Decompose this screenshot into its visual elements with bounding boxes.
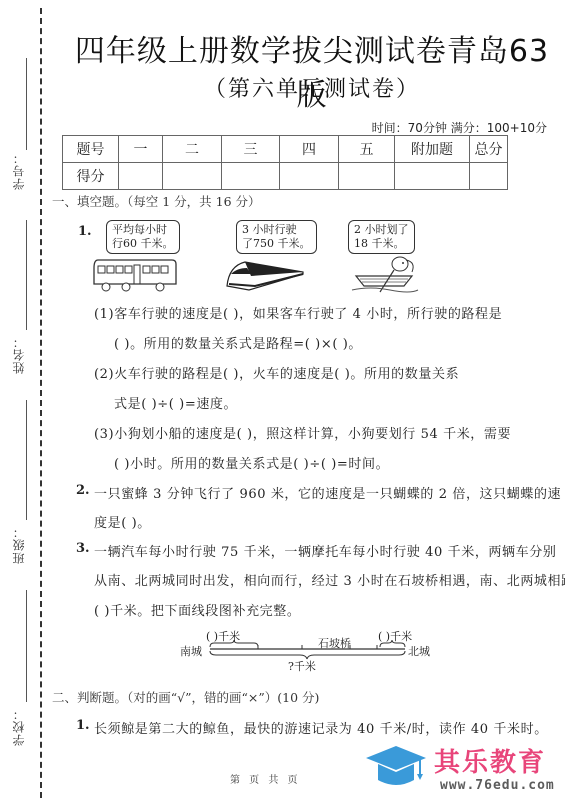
q3-line-1: 一辆汽车每小时行驶 75 千米，一辆摩托车每小时行驶 40 千米，两辆车分别 [94, 541, 556, 560]
school-underline [26, 590, 27, 702]
speech-bubble-dog: 2 小时划了 18 千米。 [348, 220, 415, 254]
train-icon [225, 256, 305, 292]
diagram-right-city: 北城 [408, 643, 430, 659]
q1-line-2: ( )。所用的数量关系式是路程=( )×( )。 [114, 333, 362, 352]
score-table-score-row: 得分 [63, 163, 508, 190]
diagram-bridge-label: 石坡桥 [318, 635, 351, 651]
diagram-left-city: 南城 [180, 643, 202, 659]
s2-q1-text: 长须鲸是第二大的鲸鱼，最快的游速记录为 40 千米/时，读作 40 千米时。 [94, 718, 548, 737]
diagram-left-brace-label: ( )千米 [206, 628, 240, 644]
q3-number: 3. [76, 541, 90, 556]
score-cell[interactable] [395, 163, 470, 190]
speech-bubble-train: 3 小时行驶 了750 千米。 [236, 220, 317, 254]
q1-line-6: ( )小时。所用的数量关系式是( )÷( )=时间。 [114, 453, 389, 472]
score-table-header-row: 题号 一 二 三 四 五 附加题 总分 [63, 136, 508, 163]
student-id-underline [26, 58, 27, 150]
score-cell[interactable] [119, 163, 163, 190]
q1-line-1: (1)客车行驶的速度是( )，如果客车行驶了 4 小时，所行驶的路程是 [94, 303, 502, 322]
watermark-logo: 其乐教育 www.76edu.com [364, 742, 564, 798]
binding-dashed-line [40, 8, 42, 798]
document-subtitle: （第六单元测试卷） [72, 72, 552, 103]
header-cell: 四 [280, 136, 339, 163]
exam-meta: 时间：70分钟 满分：100+10分 [372, 119, 547, 136]
header-cell: 二 [163, 136, 222, 163]
q1-line-5: (3)小狗划小船的速度是( )，照这样计算，小狗要划行 54 千米，需要 [94, 423, 511, 442]
watermark-name: 其乐教育 [434, 742, 546, 779]
q1-line-3: (2)火车行驶的路程是( )，火车的速度是( )。所用的数量关系 [94, 363, 459, 382]
header-cell: 附加题 [395, 136, 470, 163]
header-cell: 一 [119, 136, 163, 163]
q1-number: 1. [78, 224, 92, 239]
speech-bubble-bus: 平均每小时 行60 千米。 [106, 220, 180, 254]
q3-line-2: 从南、北两城同时出发，相向而行，经过 3 小时在石坡桥相遇，南、北两城相距 [94, 570, 565, 589]
q2-number: 2. [76, 483, 90, 498]
header-cell: 三 [222, 136, 280, 163]
score-cell[interactable] [339, 163, 395, 190]
section1-heading: 一、填空题。（每空 1 分，共 16 分） [52, 192, 261, 210]
school-label: 学校： [10, 704, 34, 746]
q2-line-2: 度是( )。 [94, 512, 151, 531]
bus-icon [92, 258, 178, 292]
student-id-label: 学号： [10, 150, 34, 190]
score-cell[interactable] [280, 163, 339, 190]
diagram-total-label: ?千米 [288, 658, 316, 674]
section2-heading: 二、判断题。（对的画“√”，错的画“×”）(10 分) [52, 688, 319, 706]
q2-line-1: 一只蜜蜂 3 分钟飞行了 960 米，它的速度是一只蝴蝶的 2 倍，这只蝴蝶的速 [94, 483, 561, 502]
header-cell: 总分 [470, 136, 508, 163]
class-underline [26, 400, 27, 520]
name-underline [26, 220, 27, 330]
header-cell: 五 [339, 136, 395, 163]
score-cell[interactable] [470, 163, 508, 190]
watermark-url: www.76edu.com [440, 778, 555, 793]
page-footer: 第 页 共 页 [230, 771, 301, 786]
dog-rowing-icon [350, 252, 420, 294]
header-cell: 题号 [63, 136, 119, 163]
class-label: 班级： [10, 522, 34, 564]
score-cell[interactable] [163, 163, 222, 190]
line-segment-diagram: 南城 北城 ( )千米 ( )千米 石坡桥 ?千米 [180, 628, 440, 670]
graduation-cap-icon [364, 744, 428, 792]
diagram-right-brace-label: ( )千米 [378, 628, 412, 644]
score-cell[interactable] [222, 163, 280, 190]
name-label: 姓名： [10, 332, 34, 374]
s2-q1-number: 1. [76, 718, 90, 733]
q1-line-4: 式是( )÷( )=速度。 [114, 393, 237, 412]
score-row-label: 得分 [63, 163, 119, 190]
q3-line-3: ( )千米。把下面线段图补充完整。 [94, 600, 300, 619]
score-table: 题号 一 二 三 四 五 附加题 总分 得分 [62, 135, 508, 190]
